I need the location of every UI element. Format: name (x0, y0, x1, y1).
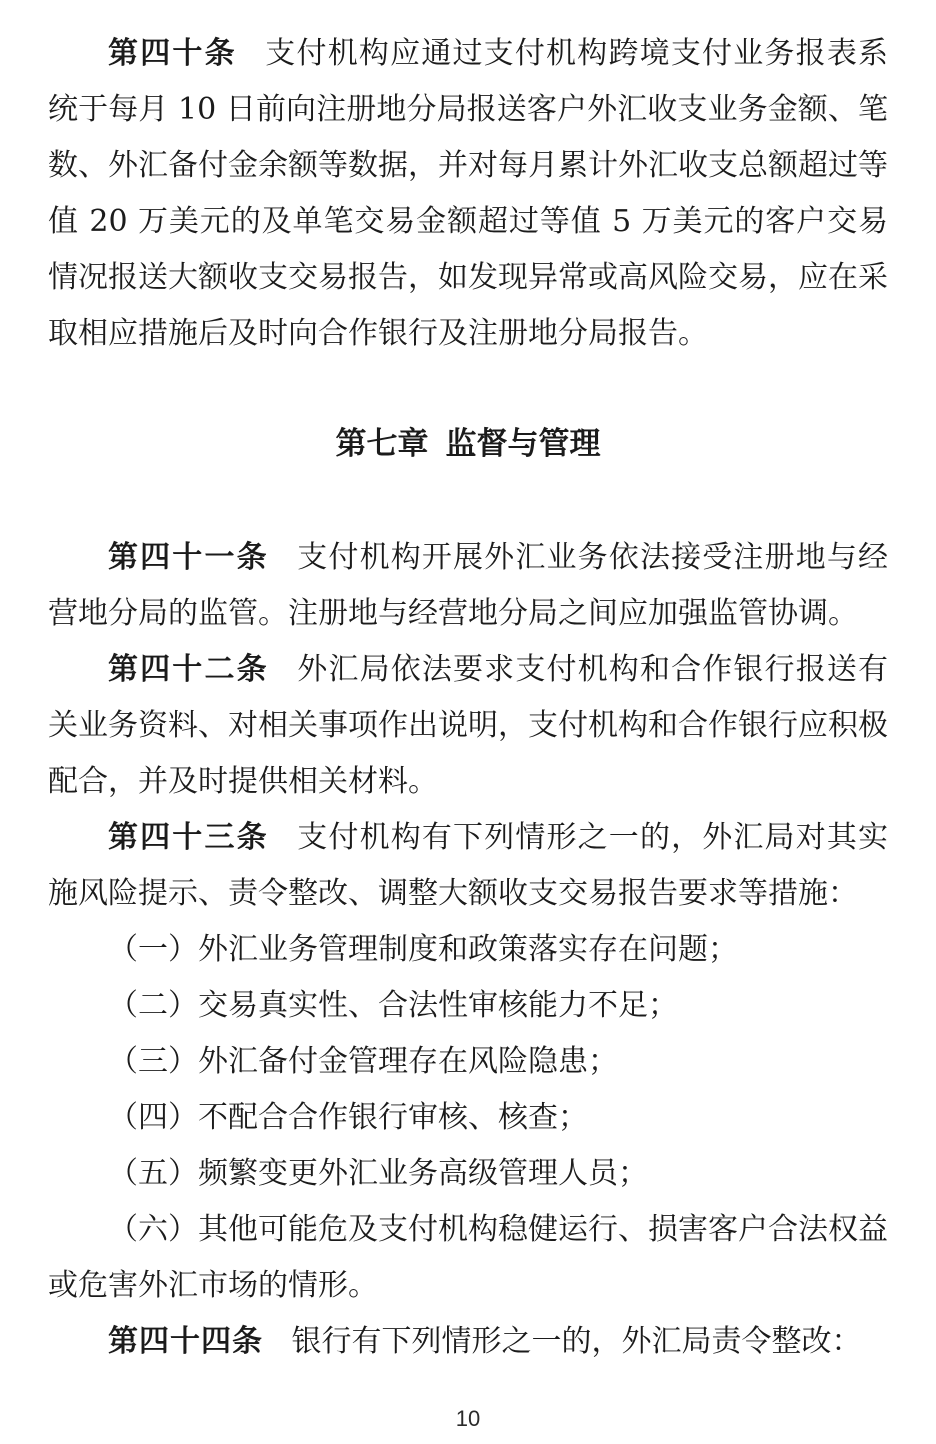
article-43-item-2: （二）交易真实性、合法性审核能力不足； (48, 978, 888, 1034)
article-43-item-1: （一）外汇业务管理制度和政策落实存在问题； (48, 922, 888, 978)
article-44-text: 银行有下列情形之一的，外汇局责令整改： (292, 1324, 862, 1359)
article-44-number: 第四十四条 (108, 1324, 263, 1359)
article-40-number: 第四十条 (108, 36, 237, 71)
article-42-number: 第四十二条 (108, 652, 269, 687)
article-42-paragraph: 第四十二条外汇局依法要求支付机构和合作银行报送有关业务资料、对相关事项作出说明，… (48, 642, 888, 810)
article-43-item-4: （四）不配合合作银行审核、核查； (48, 1090, 888, 1146)
article-43-item-5: （五）频繁变更外汇业务高级管理人员； (48, 1146, 888, 1202)
document-page: 第四十条支付机构应通过支付机构跨境支付业务报表系统于每月 10 日前向注册地分局… (0, 0, 936, 1444)
article-40-text: 支付机构应通过支付机构跨境支付业务报表系统于每月 10 日前向注册地分局报送客户… (48, 36, 888, 351)
document-body: 第四十条支付机构应通过支付机构跨境支付业务报表系统于每月 10 日前向注册地分局… (0, 0, 936, 1370)
article-43-item-3: （三）外汇备付金管理存在风险隐患； (48, 1034, 888, 1090)
article-43-item-6: （六）其他可能危及支付机构稳健运行、损害客户合法权益或危害外汇市场的情形。 (48, 1202, 888, 1314)
article-40-paragraph: 第四十条支付机构应通过支付机构跨境支付业务报表系统于每月 10 日前向注册地分局… (48, 26, 888, 362)
article-41-paragraph: 第四十一条支付机构开展外汇业务依法接受注册地与经营地分局的监管。注册地与经营地分… (48, 530, 888, 642)
chapter-7-number: 第七章 (335, 426, 428, 462)
article-41-number: 第四十一条 (108, 540, 269, 575)
article-44-paragraph: 第四十四条银行有下列情形之一的，外汇局责令整改： (48, 1314, 888, 1370)
chapter-7-heading: 第七章监督与管理 (48, 416, 888, 472)
page-number: 10 (0, 1406, 936, 1432)
article-43-number: 第四十三条 (108, 820, 269, 855)
article-43-paragraph: 第四十三条支付机构有下列情形之一的，外汇局对其实施风险提示、责令整改、调整大额收… (48, 810, 888, 922)
chapter-7-title: 监督与管理 (446, 426, 601, 462)
